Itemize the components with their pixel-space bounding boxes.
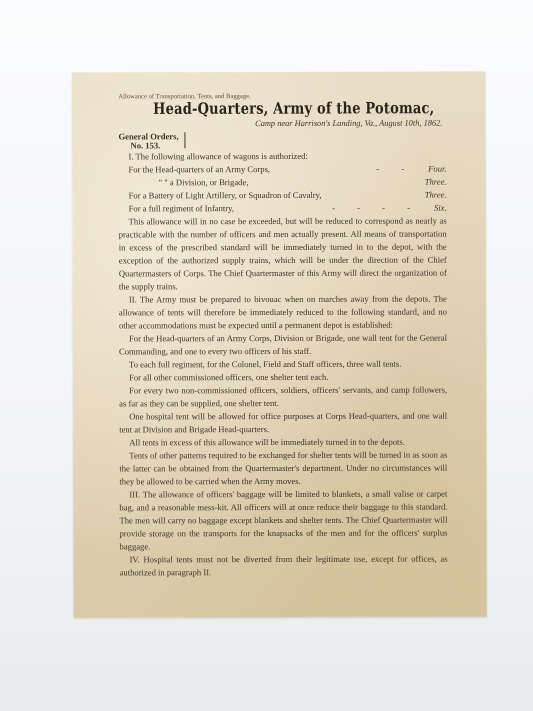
paragraph: For all other commissioned officers, one… xyxy=(119,371,447,385)
leader-dots xyxy=(248,176,424,189)
historical-document-sheet: Allowance of Transportation, Tents, and … xyxy=(72,71,486,617)
wagon-row-label: For a full regiment of Infantry, xyxy=(129,202,234,215)
paragraph: For every two non-commissioned officers,… xyxy=(119,384,447,411)
wagon-row-label: For the Head-quarters of an Army Corps, xyxy=(129,163,271,176)
paragraph: For the Head-quarters of an Army Corps, … xyxy=(119,332,447,359)
leader-dots: - - xyxy=(270,163,428,176)
section-1-intro: I. The following allowance of wagons is … xyxy=(118,150,446,164)
wagon-row-label: For a Battery of Light Artillery, or Squ… xyxy=(129,189,322,203)
wagon-row-value: Three. xyxy=(425,189,447,202)
paragraph: One hospital tent will be allowed for of… xyxy=(119,410,447,437)
paragraph-section-4: IV. Hospital tents must not be diverted … xyxy=(120,553,448,580)
leader-dots: - - - - xyxy=(234,202,434,216)
general-orders-block: General Orders, No. 153. xyxy=(118,132,446,151)
paragraph: All tents in excess of this allowance wi… xyxy=(119,436,447,450)
wagon-row-label: " " a Division, or Brigade, xyxy=(129,176,249,189)
brace-divider xyxy=(185,132,187,148)
paragraph: This allowance will in no case be exceed… xyxy=(119,215,447,294)
paragraph: To each full regiment, for the Colonel, … xyxy=(119,358,447,372)
paragraph-section-2: II. The Army must be prepared to bivouac… xyxy=(119,293,447,333)
wagon-row: For the Head-quarters of an Army Corps, … xyxy=(119,163,447,177)
wagon-row: For a full regiment of Infantry, - - - -… xyxy=(119,202,447,216)
wagon-row: " " a Division, or Brigade, Three. xyxy=(119,176,447,190)
document-body: Allowance of Transportation, Tents, and … xyxy=(118,92,447,580)
wagon-row-value: Six. xyxy=(434,202,447,215)
general-orders-number: No. 153. xyxy=(118,141,178,150)
wagon-row: For a Battery of Light Artillery, or Squ… xyxy=(119,189,447,203)
paragraph-section-3: III. The allowance of officers' baggage … xyxy=(119,488,447,554)
paragraph: Tents of other patterns required to be e… xyxy=(119,449,447,489)
headquarters-title: Head-Quarters, Army of the Potomac, xyxy=(118,100,434,120)
wagon-row-value: Four. xyxy=(428,163,446,176)
leader-dots xyxy=(322,189,425,202)
wagon-row-value: Three. xyxy=(425,176,447,189)
